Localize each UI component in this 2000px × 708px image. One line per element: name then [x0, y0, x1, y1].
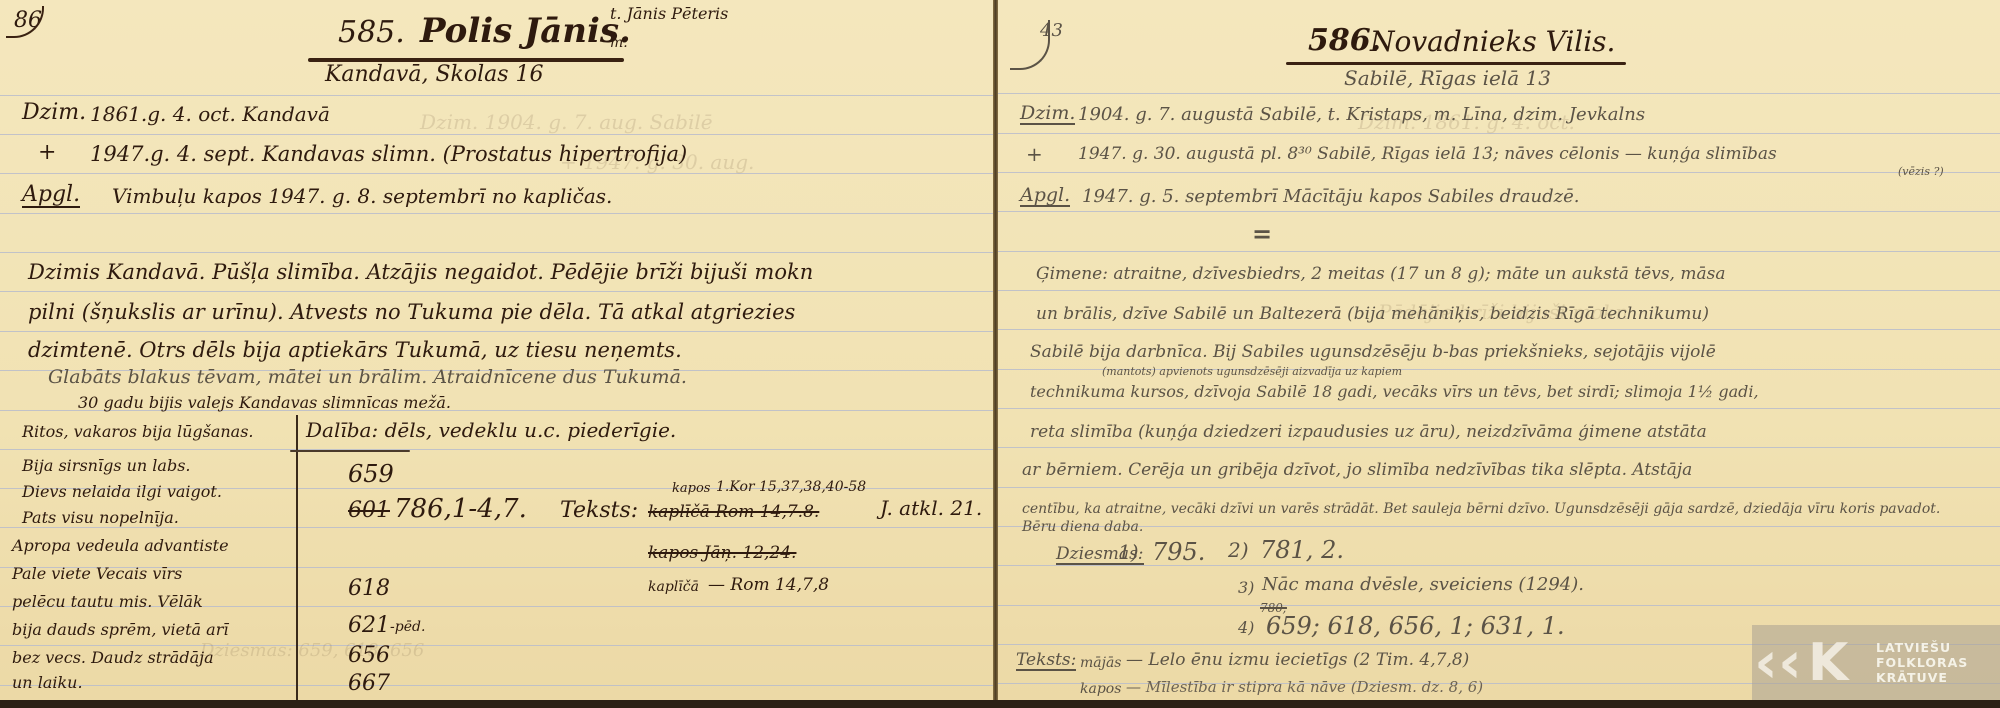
hymn-struck: 601 [348, 500, 390, 522]
side-note: Bija sirsnīgs un labs. [22, 458, 191, 474]
entry-address: Sabilē, Rīgas ielā 13 [1344, 68, 1551, 88]
side-note: pelēcu tautu mis. Vēlāk [12, 594, 203, 610]
ruled-line [998, 290, 2000, 291]
hymn-number: 781, 2. [1260, 538, 1344, 562]
side-note: bez vecs. Daudz strādāja [12, 650, 214, 666]
buried-label: Apgl. [1020, 186, 1070, 207]
family-text-line: ar bērniem. Cerēja un gribēja dzīvot, jo… [1022, 462, 1692, 479]
ruled-line [0, 449, 993, 450]
buried-label: Apgl. [22, 184, 80, 208]
hymn-number: 621 [348, 615, 390, 637]
texts-label: Teksts: [560, 500, 638, 522]
died-note: (vēzis ?) [1898, 166, 1944, 177]
text-reference: — Mīlestība ir stipra kā nāve (Dziesm. d… [1126, 680, 1483, 695]
hymn-number: 659 [348, 462, 394, 486]
hymn-index: 4) [1238, 620, 1254, 636]
text-place: kapos [1080, 682, 1121, 696]
ruled-line [0, 213, 993, 214]
ruled-line [998, 211, 2000, 212]
text-place: mājās [1080, 656, 1122, 670]
hymn-numbers: 659; 618, 656, 1; 631, 1. [1266, 614, 1565, 638]
hymn-note: -pēd. [390, 620, 425, 634]
side-note: Apropa vedeula advantiste [12, 538, 229, 554]
family-text-line: Ģimene: atraitne, dzīvesbiedrs, 2 meitas… [1036, 266, 1725, 283]
biography-line: Dzimis Kandavā. Pūšļa slimība. Atzājis n… [28, 262, 813, 283]
insert-line: Glabāts blakus tēvam, mātei un brālim. A… [48, 368, 687, 387]
page-number-arc [1010, 20, 1050, 70]
hymn-number: 667 [348, 673, 390, 695]
watermark-line: KRĀTUVE [1876, 670, 1968, 685]
ruled-line [0, 173, 993, 174]
watermark-line: FOLKLORAS [1876, 655, 1968, 670]
family-text-line: reta slimība (kuņģa dziedzeri izpaudusie… [1030, 424, 1707, 441]
ruled-line [998, 487, 2000, 488]
hymn-index: 3) [1238, 580, 1254, 596]
book-bottom-edge [0, 700, 2000, 708]
ruled-line [0, 95, 993, 96]
manuscript-spread: Dzim. 1904. g. 7. aug. Sabilē + 1947. g.… [0, 0, 2000, 708]
buried-text: Vimbuļu kapos 1947. g. 8. septembrī no k… [112, 186, 612, 206]
biography-line: dzimtenē. Otrs dēls bija aptiekārs Tukum… [28, 340, 682, 361]
ruled-line [998, 408, 2000, 409]
family-text-line: technikuma kursos, dzīvoja Sabilē 18 gad… [1030, 384, 1759, 400]
ruled-line [0, 685, 993, 686]
watermark-text: LATVIEŠU FOLKLORAS KRĀTUVE [1862, 640, 1968, 685]
section-separator: = [1252, 222, 1272, 246]
text-struck: kapos Jāņ. 12,24. [648, 545, 796, 562]
died-label: + [38, 142, 56, 164]
ruled-line [998, 329, 2000, 330]
family-text-line: Sabilē bija darbnīca. Bij Sabiles ugunsd… [1030, 344, 1716, 361]
insert-line: 30 gadu bijis valejs Kandavas slimnīcas … [78, 395, 451, 411]
ruled-line [0, 331, 993, 332]
born-label: Dzim. [1020, 104, 1075, 125]
ruled-line [998, 605, 2000, 606]
text-reference: — Lelo ēnu izmu iecietīgs (2 Tim. 4,7,8) [1126, 652, 1469, 669]
side-note: un laiku. [12, 675, 83, 691]
text-prefix: kaplīčā [648, 580, 699, 594]
died-text: 1947.g. 4. sept. Kandavas slimn. (Prosta… [90, 144, 687, 165]
buried-text: 1947. g. 5. septembrī Mācītāju kapos Sab… [1082, 188, 1579, 206]
ruled-line [998, 447, 2000, 448]
parents-note-father: t. Jānis Pēteris [610, 6, 728, 22]
text-struck: kaplīčā Rom 14,7.8. [648, 504, 819, 521]
entry-number: 585. [338, 18, 405, 48]
entry-name: Polis Jānis. [420, 14, 631, 48]
texts-label: Teksts: [1016, 652, 1076, 671]
entry-name: Novadnieks Vilis. [1370, 28, 1615, 56]
hymn-number: 618 [348, 578, 390, 600]
lfk-chevron-logo-icon: ‹ ‹ K [1752, 625, 1862, 700]
title-underline [1286, 62, 1626, 65]
died-label: + [1026, 144, 1043, 164]
family-text-line: centību, ka atraitne, vecāki dzīvi un va… [1022, 500, 1962, 536]
born-text: 1904. g. 7. augustā Sabilē, t. Kristaps,… [1078, 106, 1645, 124]
text-reference: — Rom 14,7,8 [708, 577, 829, 594]
ruled-line [0, 252, 993, 253]
born-text: 1861.g. 4. oct. Kandavā [90, 104, 330, 124]
service-label: Dalība: dēls, vedeklu u.c. piederīgie. [306, 420, 676, 440]
side-note: Dievs nelaida ilgi vaigot. [22, 484, 222, 500]
text-prefix: kapos [672, 482, 710, 495]
side-note: Pats visu nopelnīja. [22, 510, 179, 526]
watermark-line: LATVIEŠU [1876, 640, 1968, 655]
inline-insert: (mantots) apvienots ugunsdzēsēji aizvadī… [1102, 366, 1402, 377]
family-text-line: un brālis, dzīve Sabilē un Baltezerā (bi… [1036, 306, 1709, 323]
hymn-index: 1) [1118, 542, 1139, 562]
hymn-number: 795. [1152, 540, 1205, 564]
ruled-line [0, 134, 993, 135]
hymn-number: 656 [348, 645, 390, 667]
ruled-line [998, 93, 2000, 94]
page-number-arc [6, 6, 44, 38]
died-text: 1947. g. 30. augustā pl. 8³⁰ Sabilē, Rīg… [1078, 146, 1777, 163]
ruled-line [998, 251, 2000, 252]
left-page: Dzim. 1904. g. 7. aug. Sabilē + 1947. g.… [0, 0, 993, 700]
side-note: Pale viete Vecais vīrs [12, 566, 182, 582]
ruled-line [0, 527, 993, 528]
ruled-line [998, 565, 2000, 566]
archive-watermark: ‹ ‹ K LATVIEŠU FOLKLORAS KRĀTUVE [1752, 625, 2000, 700]
right-page: Dzim. 1861. g. 4. oct. Pēdējie brīži bij… [998, 0, 2000, 700]
column-divider [296, 415, 298, 700]
ruled-line [0, 645, 993, 646]
text-reference: 1.Kor 15,37,38,40-58 [716, 480, 866, 494]
ruled-line [0, 291, 993, 292]
ruled-line [998, 172, 2000, 173]
text-reference: J. atkl. 21. [880, 498, 982, 518]
hymn-index: 2) [1228, 540, 1249, 560]
biography-line: pilni (šņukslis ar urīnu). Atvests no Tu… [28, 302, 795, 323]
hymn-title: Nāc mana dvēsle, sveiciens (1294). [1262, 576, 1584, 594]
parents-note-mother: m. [610, 36, 628, 50]
side-note: Ritos, vakaros bija lūgšanas. [22, 424, 254, 440]
side-note: bija dauds sprēm, vietā arī [12, 622, 228, 638]
service-underline [290, 450, 410, 452]
born-label: Dzim. [22, 102, 86, 124]
hymn-number: 786,1-4,7. [394, 496, 527, 522]
entry-address: Kandavā, Skolas 16 [325, 64, 544, 86]
